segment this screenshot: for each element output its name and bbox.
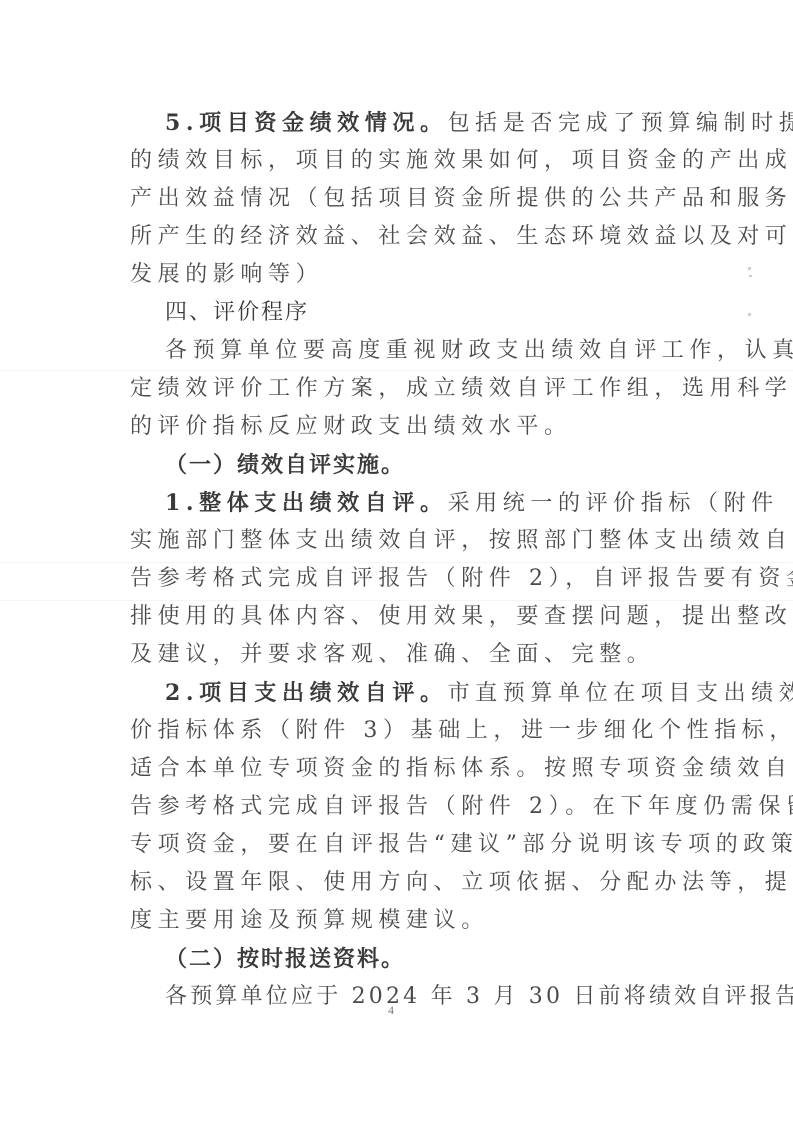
page-number: 4 <box>388 1003 394 1018</box>
paragraph-line: 2.项目支出绩效自评。市直预算单位在项目支出绩效评 <box>165 678 720 708</box>
scan-speck <box>746 843 749 846</box>
scan-speck <box>749 275 752 277</box>
scan-artifact-line <box>0 370 793 371</box>
paragraph-line: 告参考格式完成自评报告（附件 2），自评报告要有资金安 <box>130 564 720 594</box>
paragraph-line: 1.整体支出绩效自评。采用统一的评价指标（附件 3） <box>165 488 720 518</box>
paragraph-line: 排使用的具体内容、使用效果，要查摆问题，提出整改措施 <box>130 602 720 632</box>
paragraph-line: 各预算单位应于 2024 年 3 月 30 日前将绩效自评报告及相 <box>165 982 720 1012</box>
paragraph-line: 5.项目资金绩效情况。包括是否完成了预算编制时提出 <box>165 108 720 138</box>
scan-speck <box>746 798 749 801</box>
scan-artifact-line <box>0 562 793 563</box>
subsection-heading: （二）按时报送资料。 <box>165 944 720 974</box>
scan-speck <box>748 313 751 316</box>
paragraph-line: 发展的影响等） <box>130 260 720 290</box>
item-title: 2.项目支出绩效自评。 <box>165 680 448 706</box>
section-heading: 四、评价程序 <box>165 298 720 328</box>
item-title: 1.整体支出绩效自评。 <box>165 490 448 516</box>
document-page: 5.项目资金绩效情况。包括是否完成了预算编制时提出 的绩效目标，项目的实施效果如… <box>0 0 793 1121</box>
paragraph-line: 价指标体系（附件 3）基础上，进一步细化个性指标，形成 <box>130 716 720 746</box>
paragraph-line: 的绩效目标，项目的实施效果如何，项目资金的产出成果及 <box>130 146 720 176</box>
subsection-heading: （一）绩效自评实施。 <box>165 450 720 480</box>
scan-speck <box>748 267 751 270</box>
paragraph-line: 所产生的经济效益、社会效益、生态环境效益以及对可持续 <box>130 222 720 252</box>
paragraph-line: 的评价指标反应财政支出绩效水平。 <box>130 412 720 442</box>
paragraph-line: 适合本单位专项资金的指标体系。按照专项资金绩效自评报 <box>130 754 720 784</box>
paragraph-line: 度主要用途及预算规模建议。 <box>130 906 720 936</box>
scan-artifact-line <box>0 600 793 601</box>
paragraph-line: 告参考格式完成自评报告（附件 2）。在下年度仍需保留的 <box>130 792 720 822</box>
item-title: 5.项目资金绩效情况。 <box>165 110 448 136</box>
paragraph-line: 标、设置年限、使用方向、立项依据、分配办法等，提出下年 <box>130 868 720 898</box>
paragraph-line: 产出效益情况（包括项目资金所提供的公共产品和服务及其 <box>130 184 720 214</box>
paragraph-line: 定绩效评价工作方案，成立绩效自评工作组，选用科学合理 <box>130 374 720 404</box>
paragraph-line: 各预算单位要高度重视财政支出绩效自评工作，认真制 <box>165 336 720 366</box>
paragraph-line: 实施部门整体支出绩效自评，按照部门整体支出绩效自评报 <box>130 526 720 556</box>
paragraph-line: 专项资金，要在自评报告“建议”部分说明该专项的政策目 <box>130 830 720 860</box>
paragraph-line: 及建议，并要求客观、准确、全面、完整。 <box>130 640 720 670</box>
